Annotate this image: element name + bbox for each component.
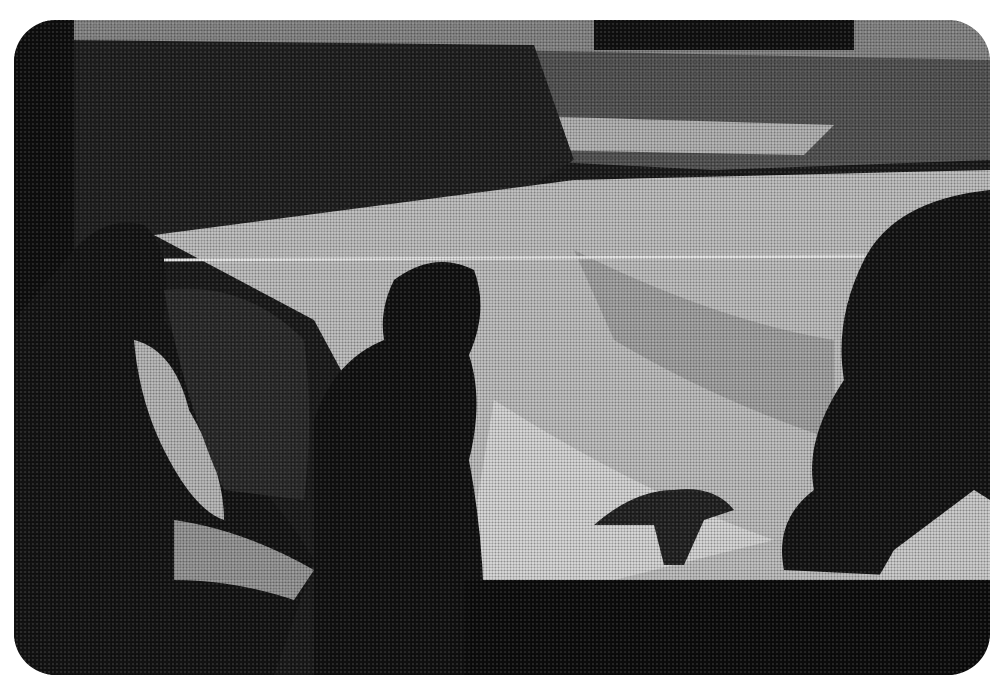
balcony-rail <box>464 580 990 675</box>
halftone-photograph: Halftone newspaper photograph: silhouett… <box>14 20 990 675</box>
photo-scene <box>14 20 990 675</box>
dark-roof-edge <box>594 20 854 50</box>
